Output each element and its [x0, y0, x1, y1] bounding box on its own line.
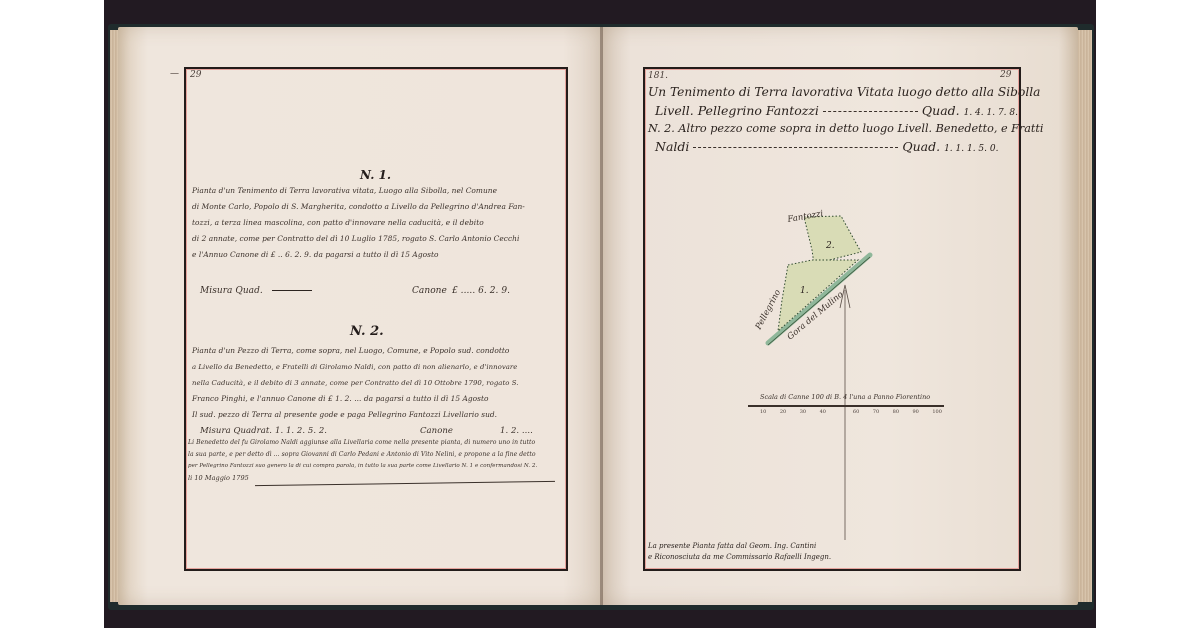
scale-ticks: 10 20 30 40 60 70 80 90 100	[760, 409, 942, 415]
scale-tick: 30	[800, 409, 806, 415]
scale-tick: 60	[853, 409, 859, 415]
dash-rule	[823, 111, 918, 112]
scale-tick: 100	[932, 409, 942, 415]
svg-text:2.: 2.	[825, 241, 835, 251]
margin-mark: —	[170, 69, 179, 79]
scale-bar	[748, 405, 944, 407]
title-line-2: Livell. Pellegrino Fantozzi Quad. 1. 4. …	[655, 102, 1018, 122]
title-line-4: Naldi Quad. 1. 1. 1. 5. 0.	[655, 138, 998, 158]
quad-1-label: Quad.	[922, 103, 960, 118]
scale-tick: 70	[873, 409, 879, 415]
left-page-frame	[184, 67, 568, 571]
footnote-line: La presente Pianta fatta dal Geom. Ing. …	[648, 541, 831, 552]
entry-1-canone-label: Canone	[412, 283, 447, 299]
parcel-map: 2. 1. Fantozzi Pellegrino Gora del Mulin…	[740, 200, 980, 540]
scale-tick: 20	[780, 409, 786, 415]
parcel-2	[804, 216, 861, 264]
entry-number: 181.	[648, 71, 668, 81]
surveyor-footnote: La presente Pianta fatta dal Geom. Ing. …	[648, 541, 831, 563]
entry-1-measure-strikeout	[272, 290, 312, 291]
tenant-1: Livell. Pellegrino Fantozzi	[655, 103, 819, 118]
scale-tick: 90	[913, 409, 919, 415]
tenant-2: Naldi	[655, 139, 689, 154]
footnote-line: e Riconosciuta da me Commissario Rafaell…	[648, 552, 831, 563]
entry-1-heading: N. 1.	[360, 168, 391, 182]
entry-1-measure-label: Misura Quad.	[200, 283, 263, 299]
scale-tick: 40	[820, 409, 826, 415]
right-page-number: 29	[1000, 70, 1011, 80]
entry-1-canone-value: £ ..... 6. 2. 9.	[452, 283, 510, 299]
quad-2-value: 1. 1. 1. 5. 0.	[944, 144, 998, 154]
svg-text:1.: 1.	[800, 286, 809, 296]
quad-1-value: 1. 4. 1. 7. 8.	[964, 108, 1018, 118]
entry-2-heading: N. 2.	[350, 324, 384, 339]
right-page-edges	[1078, 30, 1092, 602]
scale-label: Scala di Canne 100 di B. 4 l'una a Panno…	[760, 393, 930, 401]
left-page-number: 29	[190, 70, 201, 80]
scale-tick: 10	[760, 409, 766, 415]
title-line-1: Un Tenimento di Terra lavorativa Vitata …	[648, 84, 1040, 101]
book-gutter	[600, 27, 603, 605]
scale-tick: 80	[893, 409, 899, 415]
quad-2-label: Quad.	[902, 139, 940, 154]
dash-rule	[693, 147, 898, 148]
title-line-3: N. 2. Altro pezzo come sopra in detto lu…	[648, 120, 1043, 137]
